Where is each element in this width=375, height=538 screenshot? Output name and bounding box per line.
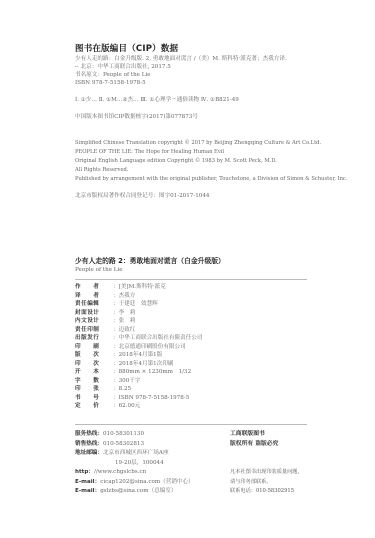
detail-key: 出版发行 (75, 334, 113, 342)
copyright-line: Original English Language edition Copyri… (75, 157, 277, 165)
detail-impression: 印 次：2018年4月第1次印刷 (75, 360, 174, 368)
contact-key: 服务热线： (75, 431, 103, 437)
detail-value: 迈致红 (119, 327, 136, 333)
detail-value: 李 莉 (119, 310, 136, 316)
book-subtitle: People of the Lie (75, 266, 123, 274)
rights-reserved: 版权所有 盗版必究 (230, 440, 278, 449)
detail-value: 2018年4月第1次印刷 (119, 361, 174, 367)
cip-line: 书名原文：People of the Lie (75, 71, 151, 79)
detail-key: 印 张 (75, 385, 113, 393)
divider (75, 279, 307, 280)
detail-key: 内文设计 (75, 317, 113, 325)
copyright-line: PEOPLE OF THE LIE: The Hope for Healing … (75, 148, 224, 156)
email-link[interactable]: cicap1202@sina.com（营销中心） (100, 479, 194, 485)
contact-address-line2: 19-20层，100044 (115, 459, 164, 469)
detail-value: 于建廷 效慧辉 (119, 301, 158, 307)
detail-value: ISBN 978-7-5158-1978-5 (119, 395, 190, 401)
copyright-line: Simplified Chinese Translation copyright… (75, 139, 321, 147)
detail-value: 中华工商联合出版社有限责任公司 (119, 335, 203, 341)
detail-value: [美]M.斯科特·派克 (119, 284, 166, 290)
detail-key: 定 价 (75, 402, 113, 410)
detail-value: 62.00元 (119, 403, 141, 409)
detail-key: 封面设计 (75, 309, 113, 317)
quality-notice: 凡本社图书出现印装质量问题， (230, 468, 303, 476)
copyright-line: Published by arrangement with the origin… (75, 175, 347, 183)
detail-value: 8.25 (119, 386, 131, 392)
detail-key: 版 次 (75, 351, 113, 359)
contact-key: E-mail： (75, 479, 100, 485)
contact-email-editorial: E-mail：gslzbs@sina.com（总编室） (75, 487, 177, 497)
detail-key: 开 本 (75, 368, 113, 376)
detail-value: 张 莉 (119, 318, 136, 324)
detail-key: 作 者 (75, 283, 113, 291)
contact-website: http：//www.chgslcbs.cn (75, 468, 146, 478)
divider (75, 424, 307, 425)
detail-key: 译 者 (75, 292, 113, 300)
book-title: 少有人走的路 2：勇敢地面对谎言（白金升级版） (75, 255, 225, 265)
email-link[interactable]: gslzbs@sina.com（总编室） (100, 488, 176, 494)
website-link[interactable]: //www.chgslcbs.cn (94, 469, 146, 475)
detail-key: 印 次 (75, 360, 113, 368)
contact-value: 010-58302813 (103, 441, 144, 447)
cip-library-record: 中国版本图书馆CIP数据核字(2017)第077873号 (75, 113, 198, 121)
detail-edition: 版 次：2018年4月第1版 (75, 351, 162, 359)
detail-value: 300千字 (119, 378, 141, 384)
detail-cover-design: 封面设计：李 莉 (75, 309, 135, 317)
contact-sales-hotline: 销售热线：010-58302813 (75, 440, 144, 450)
detail-price: 定 价：62.00元 (75, 402, 140, 410)
detail-author: 作 者：[美]M.斯科特·派克 (75, 283, 166, 291)
publisher-brand: 工商联版图书 (230, 430, 265, 439)
detail-translator: 译 者：杰我方 (75, 292, 135, 300)
detail-sheets: 印 张：8.25 (75, 385, 131, 393)
detail-interior-design: 内文设计：张 莉 (75, 317, 135, 325)
detail-value: 杰我方 (119, 293, 136, 299)
contact-key: 地址邮编： (75, 450, 103, 456)
detail-editor: 责任编辑：于建廷 效慧辉 (75, 300, 158, 308)
detail-key: 书 号 (75, 394, 113, 402)
contact-address: 地址邮编：北京市西城区西环广场A座 (75, 449, 169, 459)
detail-publisher: 出版发行：中华工商联合出版社有限责任公司 (75, 334, 203, 342)
cip-heading: 图书在版编目（CIP）数据 (75, 42, 178, 54)
quality-notice: 请与印务部联系。 (230, 478, 272, 486)
contact-email-marketing: E-mail：cicap1202@sina.com（营销中心） (75, 478, 194, 488)
contact-service-hotline: 服务热线：010-58301130 (75, 430, 144, 440)
cip-line: ISBN 978-7-5158-1978-5 (75, 79, 146, 87)
detail-key: 印 刷 (75, 343, 113, 351)
detail-value: 北京德通印刷股份有限公司 (119, 344, 186, 350)
detail-word-count: 字 数：300千字 (75, 377, 140, 385)
contact-key: 销售热线： (75, 441, 103, 447)
copyright-registration: 北京市版权局著作权合同登记号：图字01-2017-1044 (75, 192, 209, 200)
cip-classification: Ⅰ. ①少… Ⅱ. ①M…②杰… Ⅲ. ①心理学－通俗读物 Ⅳ. ①B821-4… (75, 96, 239, 104)
detail-key: 责任印制 (75, 326, 113, 334)
detail-print-supervisor: 责任印制：迈致红 (75, 326, 135, 334)
detail-isbn: 书 号：ISBN 978-7-5158-1978-5 (75, 394, 189, 402)
cip-line: -- 北京：中华工商联合出版社, 2017.5 (75, 63, 171, 71)
detail-value: 2018年4月第1版 (119, 352, 163, 358)
contact-value: 北京市西城区西环广场A座 (103, 450, 169, 456)
cip-line: 少有人走的路：白金升级版. 2, 勇敢地面对谎言 /（美）M. 斯科特·派克著；… (75, 55, 287, 63)
detail-value: 880mm × 1230mm 1/32 (119, 369, 192, 375)
contact-key: E-mail： (75, 488, 100, 494)
detail-printer: 印 刷：北京德通印刷股份有限公司 (75, 343, 186, 351)
copyright-line: All Rights Reserved. (75, 166, 129, 174)
detail-key: 责任编辑 (75, 300, 113, 308)
detail-format: 开 本：880mm × 1230mm 1/32 (75, 368, 191, 376)
quality-notice-phone: 联系电话：010-58302915 (230, 487, 294, 495)
contact-key: http： (75, 469, 94, 475)
detail-key: 字 数 (75, 377, 113, 385)
contact-value: 010-58301130 (103, 431, 144, 437)
